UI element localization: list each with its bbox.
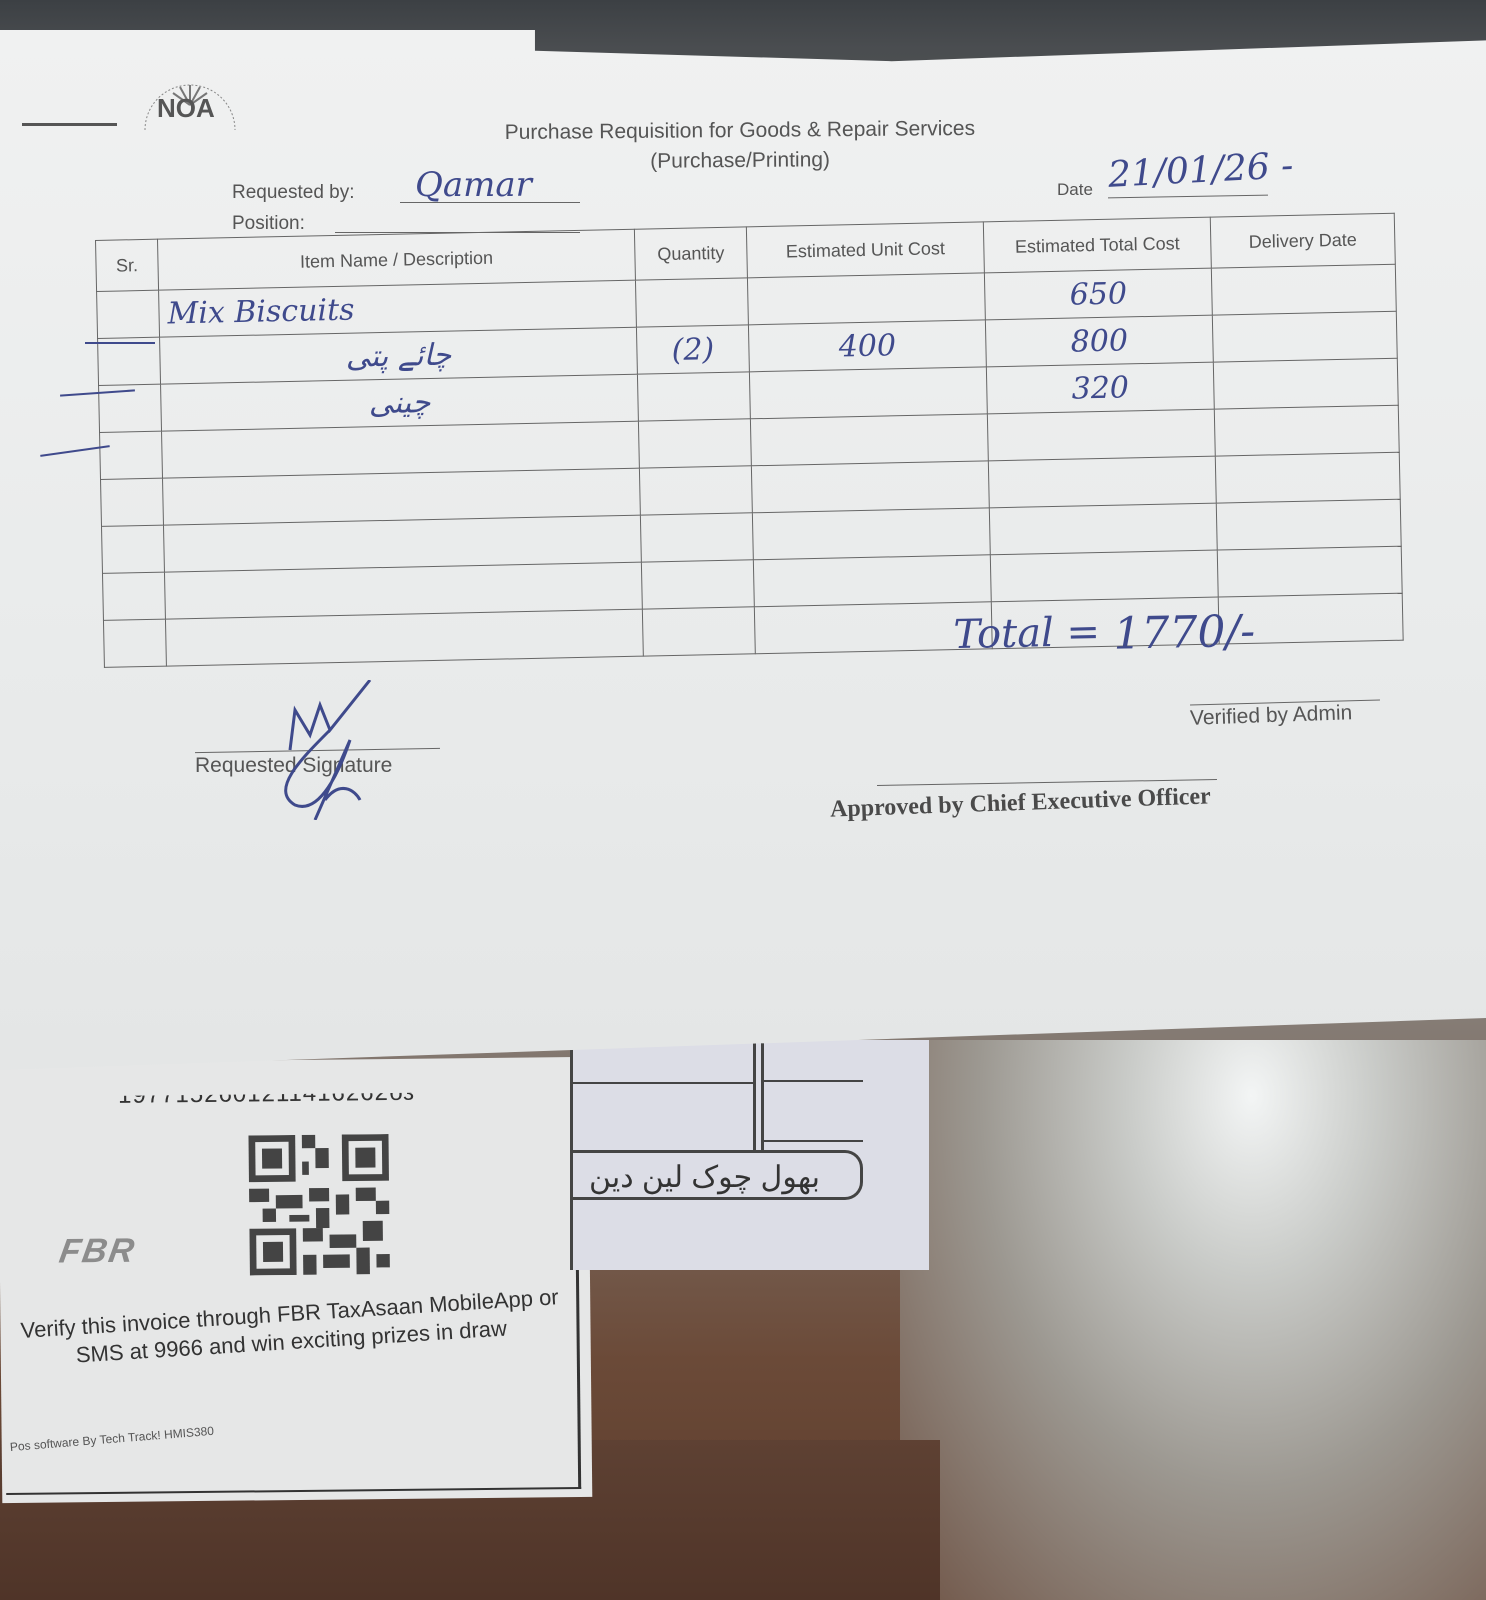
noa-logo: NOA [135,55,245,140]
cell-delivery-date [1212,311,1397,362]
slip-rule [763,1080,863,1082]
qr-code-icon [238,1134,399,1276]
requested-by-value: Qamar [415,165,532,205]
header-sr: Sr. [96,239,159,291]
header-quantity: Quantity [634,227,747,280]
cell-sr [101,525,164,573]
cell-quantity [641,560,754,609]
cell-delivery-date [1217,546,1402,597]
header-delivery-date: Delivery Date [1210,213,1395,268]
requested-by-label: Requested by: [232,182,355,204]
noa-mark: NOA [157,93,215,124]
slip-rule [753,1040,756,1150]
margin-tick [85,342,155,344]
slip-rule [573,1082,753,1084]
header-total-cost: Estimated Total Cost [983,217,1211,273]
cell-unit-cost [751,461,989,513]
cell-total-cost: 320 [986,362,1214,414]
slip-rule [761,1040,764,1150]
cell-quantity [637,372,750,421]
cell-sr [103,619,166,667]
verified-by-label: Verified by Admin [1190,701,1353,731]
cell-sr [97,290,160,338]
purchase-requisition-form: NOA Purchase Requisition for Goods & Rep… [0,30,1486,1070]
cell-delivery-date [1214,405,1399,456]
cell-unit-cost [747,273,985,325]
title-text: Purchase Requisition for Goods & Repair … [440,113,1040,148]
fbr-logo: FBR [56,1232,138,1272]
cell-sr [98,337,161,385]
secondary-slip: بھول چوک لین دین [570,1040,929,1270]
cell-sr [100,431,163,479]
invoice-number: 1977152601211416262бз [118,1079,415,1110]
cell-delivery-date [1216,499,1401,550]
cell-sr [101,478,164,526]
cell-quantity [639,466,752,515]
cell-total-cost [989,503,1217,555]
cell-delivery-date [1213,358,1398,409]
header-unit-cost: Estimated Unit Cost [746,222,984,278]
fbr-receipt: 1977152601211416262бз FBR Verify this in… [0,1057,592,1503]
slip-rule [763,1140,863,1142]
position-label: Position: [232,213,305,235]
cell-total-cost: 800 [985,315,1213,367]
cell-quantity [638,419,751,468]
cell-delivery-date [1215,452,1400,503]
cell-unit-cost [752,508,990,560]
cell-unit-cost: 400 [748,320,986,372]
approved-by-label: Approved by Chief Executive Officer [830,783,1212,823]
cell-total-cost [990,550,1218,602]
logo-underline [22,123,117,126]
cell-item [165,609,643,666]
date-value: 21/01/26 - [1107,145,1294,196]
cell-quantity [640,513,753,562]
cell-sr [102,572,165,620]
cell-total-cost [988,456,1216,508]
cell-unit-cost [750,414,988,466]
cell-unit-cost [749,367,987,419]
cell-unit-cost [753,555,991,607]
total-label: Total = [953,609,1101,658]
signature-scribble-icon [260,680,390,820]
items-table: Sr. Item Name / Description Quantity Est… [95,213,1404,668]
cell-quantity: (2) [636,325,749,374]
cell-delivery-date [1211,264,1396,315]
items-table-wrapper: Sr. Item Name / Description Quantity Est… [95,211,1485,710]
cell-quantity [635,278,748,327]
urdu-address-box: بھول چوک لین دین [573,1150,863,1200]
total-value: 1770/- [1113,606,1256,660]
cell-quantity [642,607,755,656]
date-line [1108,195,1268,199]
cell-total-cost: 650 [984,268,1212,320]
cell-total-cost [987,409,1215,461]
date-label: Date [1057,180,1093,200]
desk-surface [900,1040,1486,1600]
